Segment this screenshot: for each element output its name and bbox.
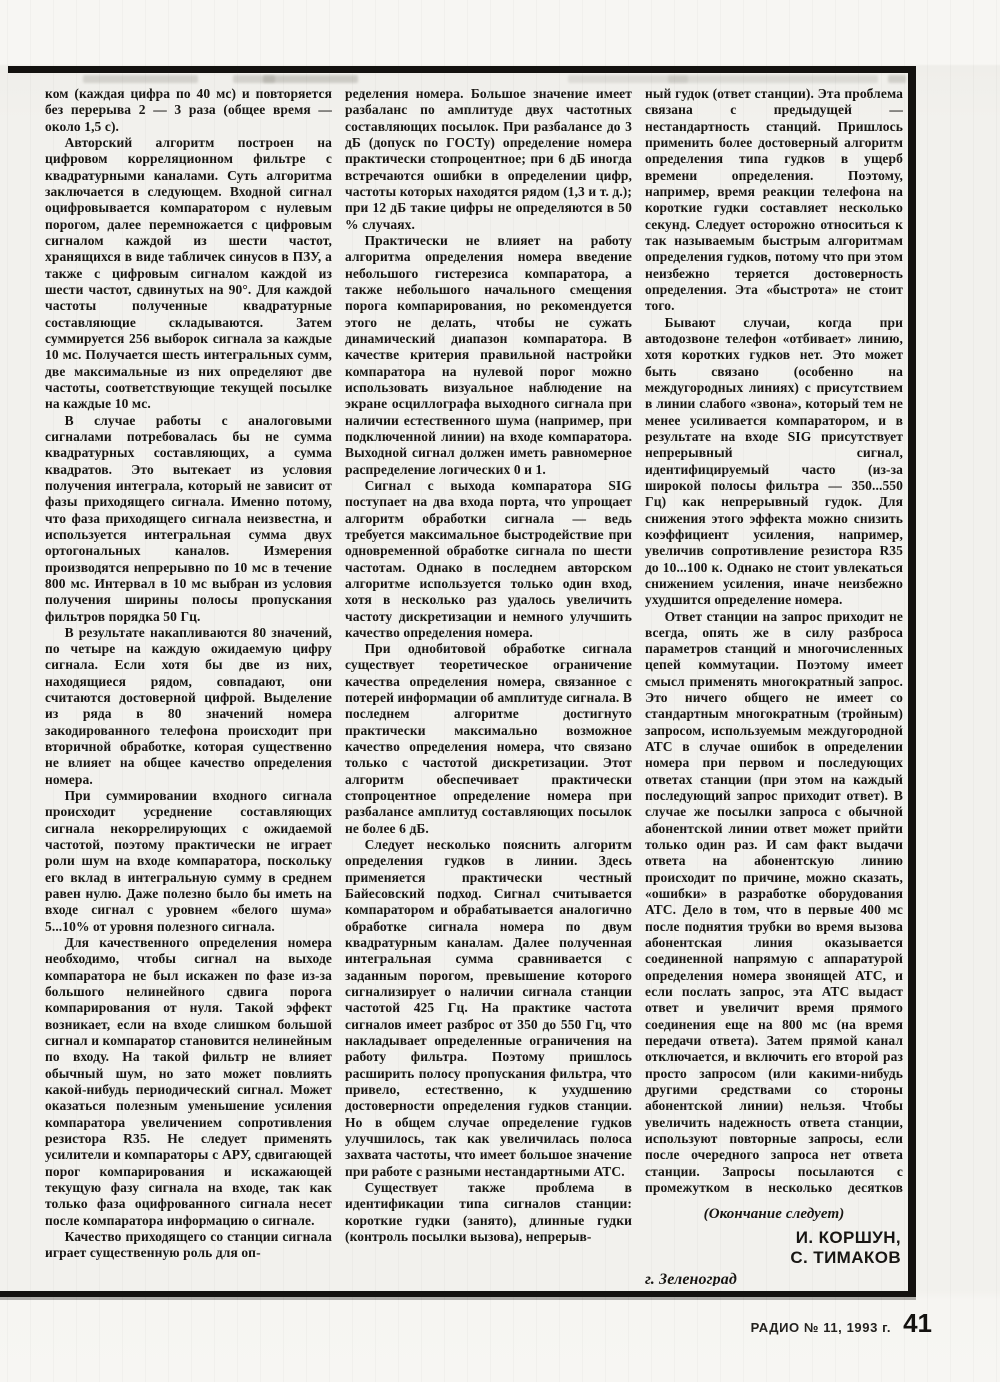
to-be-continued-note: (Окончание следует) [645, 1206, 903, 1222]
paragraph: Существует также проблема в идентификаци… [345, 1180, 632, 1245]
ghost-smudge [263, 75, 358, 83]
paragraph: Следует несколько пояснить алгоритм опре… [345, 837, 632, 1180]
top-rule-divider [8, 66, 916, 73]
paragraph: Для качественного определения номера нео… [45, 935, 332, 1229]
paragraph: Качество приходящего со станции сигнала … [45, 1229, 332, 1262]
paragraph: ределения номера. Большое значение имеет… [345, 86, 632, 233]
paragraph: Сигнал с выхода компаратора SIG поступае… [345, 478, 632, 641]
column-3-text: ный гудок (ответ станции). Эта проблема … [645, 86, 903, 1198]
ghost-smudge [668, 75, 878, 83]
article-column-3: ный гудок (ответ станции). Эта проблема … [645, 86, 903, 1286]
city-line: г. Зеленоград [645, 1272, 737, 1286]
author-name: И. КОРШУН, [790, 1228, 901, 1248]
right-frame-bar [908, 66, 916, 1297]
ghost-smudge [83, 75, 198, 83]
paragraph: При однобитовой обработке сигнала сущест… [345, 641, 632, 837]
paragraph: ком (каждая цифра по 40 мс) и повторяетс… [45, 86, 332, 135]
paragraph: При суммировании входного сигнала происх… [45, 788, 332, 935]
paragraph: Практически не влияет на работу алгоритм… [345, 233, 632, 478]
page-footer: РАДИО № 11, 1993 г. 41 [0, 1308, 932, 1339]
paragraph: Авторский алгоритм построен на цифровом … [45, 135, 332, 413]
article-column-1: ком (каждая цифра по 40 мс) и повторяетс… [45, 86, 332, 1286]
authors-signature: И. КОРШУН, С. ТИМАКОВ [790, 1228, 901, 1268]
paragraph: В результате накапливаются 80 значений, … [45, 625, 332, 788]
footer-journal-title: РАДИО № 11, 1993 г. [751, 1320, 891, 1335]
article-body: ком (каждая цифра по 40 мс) и повторяетс… [45, 86, 903, 1286]
author-name: С. ТИМАКОВ [790, 1248, 901, 1268]
paragraph: ный гудок (ответ станции). Эта проблема … [645, 86, 903, 315]
paragraph: В случае работы с аналоговыми сигналами … [45, 413, 332, 625]
bottom-rule-divider [0, 1291, 916, 1297]
paragraph: Бывают случаи, когда при автодозвоне тел… [645, 315, 903, 609]
article-column-2: ределения номера. Большое значение имеет… [345, 86, 632, 1286]
scanned-magazine-page: ком (каждая цифра по 40 мс) и повторяетс… [0, 0, 1000, 1382]
paragraph: Ответ станции на запрос приходит не всег… [645, 609, 903, 1199]
ghost-smudge [888, 75, 906, 83]
print-ghosting-band [8, 74, 908, 85]
footer-page-number: 41 [903, 1308, 932, 1339]
